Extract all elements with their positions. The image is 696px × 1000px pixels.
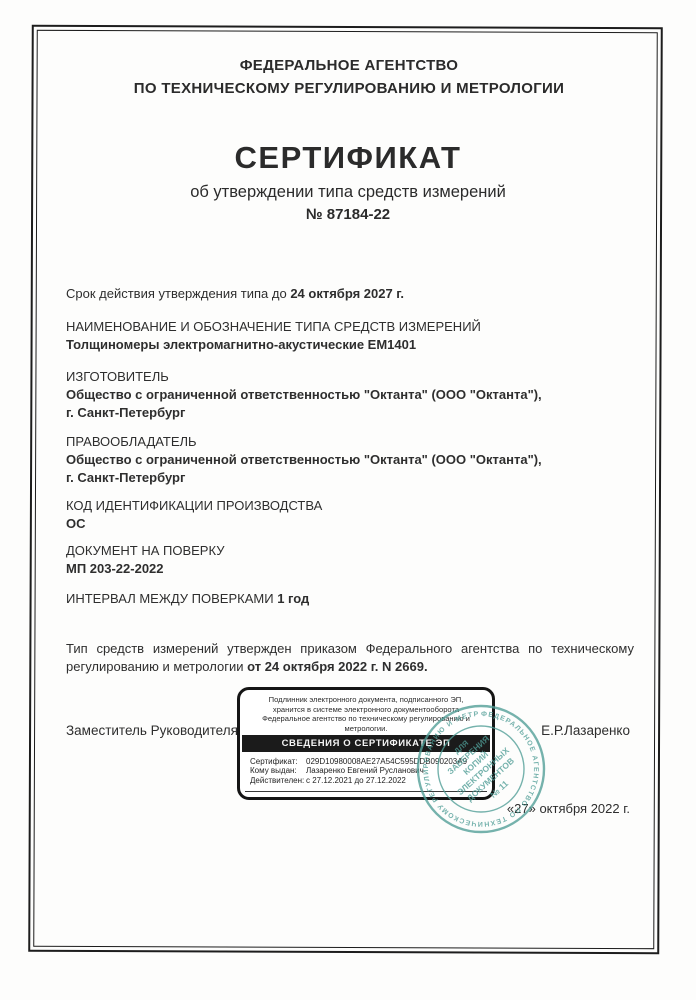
section-manufacturer-value-line2: г. Санкт-Петербург — [66, 404, 634, 422]
interval-value: 1 год — [277, 591, 309, 606]
signature-date: «27» октября 2022 г. — [507, 801, 630, 816]
section-manufacturer-label: ИЗГОТОВИТЕЛЬ — [66, 368, 634, 386]
esignature-row-certificate-value: 029D10980008AE27A54C595DDB090203A9 — [306, 757, 467, 766]
approval-order-paragraph: Тип средств измерений утвержден приказом… — [66, 640, 634, 676]
certificate-number: № 87184-22 — [0, 206, 696, 223]
esignature-notice-line4: метрологии. — [246, 724, 486, 734]
certificate-title: СЕРТИФИКАТ — [0, 140, 696, 176]
validity-value: 24 октября 2027 г. — [290, 286, 404, 301]
section-production-code: КОД ИДЕНТИФИКАЦИИ ПРОИЗВОДСТВА ОС — [66, 497, 634, 533]
esignature-row-issued-to-value: Лазаренко Евгений Русланович — [306, 766, 424, 775]
esignature-row-certificate-label: Сертификат: — [250, 757, 306, 767]
esignature-row-issued-to: Кому выдан:Лазаренко Евгений Русланович — [250, 766, 492, 776]
agency-header-line1: ФЕДЕРАЛЬНОЕ АГЕНТСТВО — [66, 54, 632, 77]
section-manufacturer: ИЗГОТОВИТЕЛЬ Общество с ограниченной отв… — [66, 368, 634, 422]
section-name: НАИМЕНОВАНИЕ И ОБОЗНАЧЕНИЕ ТИПА СРЕДСТВ … — [66, 318, 634, 354]
esignature-row-valid-label: Действителен: — [250, 776, 306, 786]
esignature-notice-line2: хранится в системе электронного документ… — [246, 705, 486, 715]
section-name-label: НАИМЕНОВАНИЕ И ОБОЗНАЧЕНИЕ ТИПА СРЕДСТВ … — [66, 318, 634, 336]
section-manufacturer-value-line1: Общество с ограниченной ответственностью… — [66, 386, 634, 404]
esignature-row-valid: Действителен:с 27.12.2021 до 27.12.2022 — [250, 776, 492, 786]
esignature-row-valid-value: с 27.12.2021 до 27.12.2022 — [306, 776, 406, 785]
interval-prefix: ИНТЕРВАЛ МЕЖДУ ПОВЕРКАМИ — [66, 591, 277, 606]
certificate-page: ФЕДЕРАЛЬНОЕ АГЕНТСТВО ПО ТЕХНИЧЕСКОМУ РЕ… — [0, 0, 696, 1000]
approval-order-value: от 24 октября 2022 г. N 2669. — [247, 659, 427, 674]
certificate-subtitle: об утверждении типа средств измерений — [0, 183, 696, 202]
section-holder: ПРАВООБЛАДАТЕЛЬ Общество с ограниченной … — [66, 433, 634, 487]
esignature-underline — [245, 791, 487, 792]
section-holder-label: ПРАВООБЛАДАТЕЛЬ — [66, 433, 634, 451]
esignature-notice-line1: Подлинник электронного документа, подпис… — [246, 695, 486, 705]
validity-prefix: Срок действия утверждения типа до — [66, 286, 290, 301]
esignature-row-certificate: Сертификат:029D10980008AE27A54C595DDB090… — [250, 757, 492, 767]
agency-header: ФЕДЕРАЛЬНОЕ АГЕНТСТВО ПО ТЕХНИЧЕСКОМУ РЕ… — [66, 54, 632, 100]
section-production-code-value: ОС — [66, 515, 634, 533]
section-verification-doc-value: МП 203-22-2022 — [66, 560, 634, 578]
esignature-details: Сертификат:029D10980008AE27A54C595DDB090… — [250, 757, 492, 786]
section-name-value: Толщиномеры электромагнитно-акустические… — [66, 336, 634, 354]
signatory-name: Е.Р.Лазаренко — [541, 723, 630, 738]
esignature-notice-line3: Федеральное агентство по техническому ре… — [246, 714, 486, 724]
esignature-notice: Подлинник электронного документа, подпис… — [246, 695, 486, 733]
section-verification-doc: ДОКУМЕНТ НА ПОВЕРКУ МП 203-22-2022 — [66, 542, 634, 578]
section-holder-value-line2: г. Санкт-Петербург — [66, 469, 634, 487]
interval-line: ИНТЕРВАЛ МЕЖДУ ПОВЕРКАМИ 1 год — [66, 590, 634, 608]
signatory-position: Заместитель Руководителя — [66, 723, 238, 738]
section-holder-value-line1: Общество с ограниченной ответственностью… — [66, 451, 634, 469]
validity-line: Срок действия утверждения типа до 24 окт… — [66, 285, 634, 303]
agency-header-line2: ПО ТЕХНИЧЕСКОМУ РЕГУЛИРОВАНИЮ И МЕТРОЛОГ… — [66, 77, 632, 100]
section-verification-doc-label: ДОКУМЕНТ НА ПОВЕРКУ — [66, 542, 634, 560]
section-production-code-label: КОД ИДЕНТИФИКАЦИИ ПРОИЗВОДСТВА — [66, 497, 634, 515]
esignature-stamp-box: Подлинник электронного документа, подпис… — [237, 687, 495, 800]
esignature-bar-title: СВЕДЕНИЯ О СЕРТИФИКАТЕ ЭП — [242, 735, 490, 752]
esignature-row-issued-to-label: Кому выдан: — [250, 766, 306, 776]
